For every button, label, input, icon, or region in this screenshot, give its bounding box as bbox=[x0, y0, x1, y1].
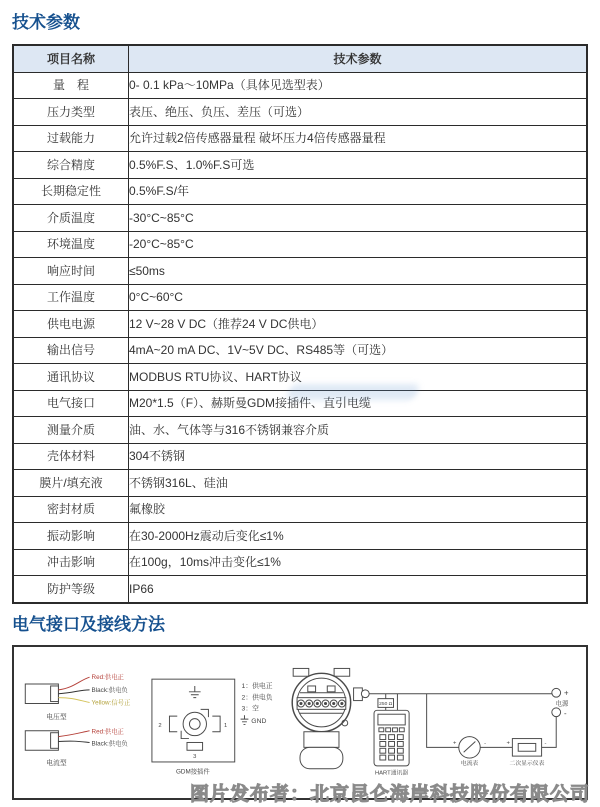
spec-item-name: 防护等级 bbox=[13, 576, 129, 603]
spec-table-body: 量 程0- 0.1 kPa～10MPa（具体见选型表）压力类型表压、绝压、负压、… bbox=[13, 72, 587, 603]
section-title-tech-params: 技术参数 bbox=[12, 8, 80, 33]
table-row: 防护等级IP66 bbox=[13, 576, 587, 603]
spec-table: 项目名称 技术参数 量 程0- 0.1 kPa～10MPa（具体见选型表）压力类… bbox=[12, 44, 588, 604]
power-plus-sign: + bbox=[564, 689, 569, 698]
ammeter-plus-sign: + bbox=[453, 740, 457, 746]
table-row: 膜片/填充液不锈钢316L、硅油 bbox=[13, 470, 587, 497]
table-row: 通讯协议MODBUS RTU协议、HART协议 bbox=[13, 364, 587, 391]
voltage-wire-black-label: Black:供电负 bbox=[92, 685, 129, 694]
spec-item-value: -20°C~85°C bbox=[129, 231, 588, 258]
voltage-wire-red-label: Red:供电正 bbox=[92, 672, 125, 681]
spec-item-name: 壳体材料 bbox=[13, 443, 129, 470]
hart-communicator-drawing bbox=[374, 710, 409, 766]
gdm-pin3-number: 3 bbox=[193, 754, 196, 760]
display-plus-sign: + bbox=[507, 740, 511, 746]
gdm-pin1-number: 1 bbox=[224, 723, 227, 729]
spec-item-value: 氟橡胶 bbox=[129, 496, 588, 523]
table-row: 冲击影响在100g，10ms冲击变化≤1% bbox=[13, 549, 587, 576]
table-row: 压力类型表压、绝压、负压、差压（可选） bbox=[13, 99, 587, 126]
spec-item-name: 冲击影响 bbox=[13, 549, 129, 576]
table-row: 介质温度-30°C~85°C bbox=[13, 205, 587, 232]
display-minus-sign: - bbox=[545, 740, 547, 746]
wiring-diagram: Red:供电正 Black:供电负 Yellow:信号正 电压型 Red:供电正… bbox=[12, 645, 588, 800]
gdm-pin2-number: 2 bbox=[158, 723, 161, 729]
gdm-connector-label: GDM接插件 bbox=[176, 767, 210, 776]
spec-item-value: -30°C~85°C bbox=[129, 205, 588, 232]
voltage-cable-drawing bbox=[25, 677, 89, 703]
pin-legend-gnd: GND bbox=[251, 718, 266, 725]
table-row: 电气接口M20*1.5（F）、赫斯曼GDM接插件、直引电缆 bbox=[13, 390, 587, 417]
power-minus-sign: - bbox=[564, 709, 567, 718]
transmitter-drawing bbox=[292, 668, 369, 768]
resistor-label: 250 Ω bbox=[379, 701, 392, 707]
spec-item-value: 0.5%F.S/年 bbox=[129, 178, 588, 205]
spec-item-name: 长期稳定性 bbox=[13, 178, 129, 205]
table-row: 输出信号4mA~20 mA DC、1V~5V DC、RS485等（可选） bbox=[13, 337, 587, 364]
spec-item-value: 0.5%F.S、1.0%F.S可选 bbox=[129, 152, 588, 179]
table-row: 壳体材料304不锈钢 bbox=[13, 443, 587, 470]
display-instrument-label: 二次显示仪表 bbox=[509, 759, 544, 767]
spec-item-name: 通讯协议 bbox=[13, 364, 129, 391]
spec-item-value: 0°C~60°C bbox=[129, 284, 588, 311]
spec-item-name: 膜片/填充液 bbox=[13, 470, 129, 497]
voltage-cable-label: 电压型 bbox=[46, 712, 67, 721]
wiring-diagram-svg: Red:供电正 Black:供电负 Yellow:信号正 电压型 Red:供电正… bbox=[14, 647, 586, 798]
table-row: 振动影响在30-2000Hz震动后变化≤1% bbox=[13, 523, 587, 550]
table-row: 环境温度-20°C~85°C bbox=[13, 231, 587, 258]
publisher-watermark-text: 图片发布者：北京昆仑海岸科技股份有限公司 bbox=[190, 779, 590, 806]
current-cable-drawing bbox=[25, 731, 89, 750]
current-cable-label: 电流型 bbox=[46, 758, 67, 767]
table-row: 综合精度0.5%F.S、1.0%F.S可选 bbox=[13, 152, 587, 179]
table-row: 供电电源12 V~28 V DC（推荐24 V DC供电） bbox=[13, 311, 587, 338]
table-row: 量 程0- 0.1 kPa～10MPa（具体见选型表） bbox=[13, 72, 587, 99]
gdm-connector-drawing bbox=[152, 679, 235, 762]
spec-item-name: 环境温度 bbox=[13, 231, 129, 258]
col-header-item-name: 项目名称 bbox=[13, 45, 129, 72]
table-row: 工作温度0°C~60°C bbox=[13, 284, 587, 311]
ammeter-minus-sign: - bbox=[484, 740, 486, 746]
spec-item-name: 振动影响 bbox=[13, 523, 129, 550]
spec-item-value: ≤50ms bbox=[129, 258, 588, 285]
table-row: 长期稳定性0.5%F.S/年 bbox=[13, 178, 587, 205]
spec-item-value: 允许过载2倍传感器量程 破坏压力4倍传感器量程 bbox=[129, 125, 588, 152]
table-row: 密封材质氟橡胶 bbox=[13, 496, 587, 523]
current-wire-red-label: Red:供电正 bbox=[92, 727, 125, 736]
spec-item-value: 4mA~20 mA DC、1V~5V DC、RS485等（可选） bbox=[129, 337, 588, 364]
spec-item-name: 介质温度 bbox=[13, 205, 129, 232]
datasheet-page: 技术参数 项目名称 技术参数 量 程0- 0.1 kPa～10MPa（具体见选型… bbox=[0, 0, 600, 807]
spec-item-name: 响应时间 bbox=[13, 258, 129, 285]
voltage-wire-yellow-label: Yellow:信号正 bbox=[92, 697, 131, 706]
spec-item-value: 304不锈钢 bbox=[129, 443, 588, 470]
spec-item-name: 电气接口 bbox=[13, 390, 129, 417]
power-supply-label: 电源 bbox=[556, 698, 569, 707]
spec-item-name: 工作温度 bbox=[13, 284, 129, 311]
spec-item-value: 表压、绝压、负压、差压（可选） bbox=[129, 99, 588, 126]
table-row: 过载能力允许过载2倍传感器量程 破坏压力4倍传感器量程 bbox=[13, 125, 587, 152]
col-header-tech-params: 技术参数 bbox=[129, 45, 588, 72]
pin-legend-2: 2：供电负 bbox=[242, 693, 273, 702]
spec-item-value: 在30-2000Hz震动后变化≤1% bbox=[129, 523, 588, 550]
section-title-wiring: 电气接口及接线方法 bbox=[12, 610, 165, 635]
current-wire-black-label: Black:供电负 bbox=[92, 738, 129, 747]
spec-item-name: 密封材质 bbox=[13, 496, 129, 523]
display-instrument-drawing bbox=[512, 739, 541, 757]
spec-item-value: 油、水、气体等与316不锈钢兼容介质 bbox=[129, 417, 588, 444]
spec-item-name: 过载能力 bbox=[13, 125, 129, 152]
spec-item-value: M20*1.5（F）、赫斯曼GDM接插件、直引电缆 bbox=[129, 390, 588, 417]
spec-item-name: 测量介质 bbox=[13, 417, 129, 444]
table-header-row: 项目名称 技术参数 bbox=[13, 45, 587, 72]
spec-item-value: 在100g，10ms冲击变化≤1% bbox=[129, 549, 588, 576]
pin-legend-3: 3：空 bbox=[242, 703, 260, 712]
spec-item-name: 输出信号 bbox=[13, 337, 129, 364]
spec-item-name: 综合精度 bbox=[13, 152, 129, 179]
table-row: 测量介质油、水、气体等与316不锈钢兼容介质 bbox=[13, 417, 587, 444]
spec-item-value: 不锈钢316L、硅油 bbox=[129, 470, 588, 497]
hart-communicator-label: HART通讯器 bbox=[375, 769, 408, 777]
spec-item-value: 12 V~28 V DC（推荐24 V DC供电） bbox=[129, 311, 588, 338]
table-row: 响应时间≤50ms bbox=[13, 258, 587, 285]
pin-legend-1: 1：供电正 bbox=[242, 681, 273, 690]
spec-item-value: 0- 0.1 kPa～10MPa（具体见选型表） bbox=[129, 72, 588, 99]
spec-item-name: 供电电源 bbox=[13, 311, 129, 338]
spec-item-value: MODBUS RTU协议、HART协议 bbox=[129, 364, 588, 391]
spec-item-name: 压力类型 bbox=[13, 99, 129, 126]
ammeter-label: 电流表 bbox=[461, 759, 479, 767]
ground-symbol-icon bbox=[241, 715, 249, 724]
spec-item-value: IP66 bbox=[129, 576, 588, 603]
ammeter-drawing bbox=[459, 737, 480, 758]
spec-item-name: 量 程 bbox=[13, 72, 129, 99]
